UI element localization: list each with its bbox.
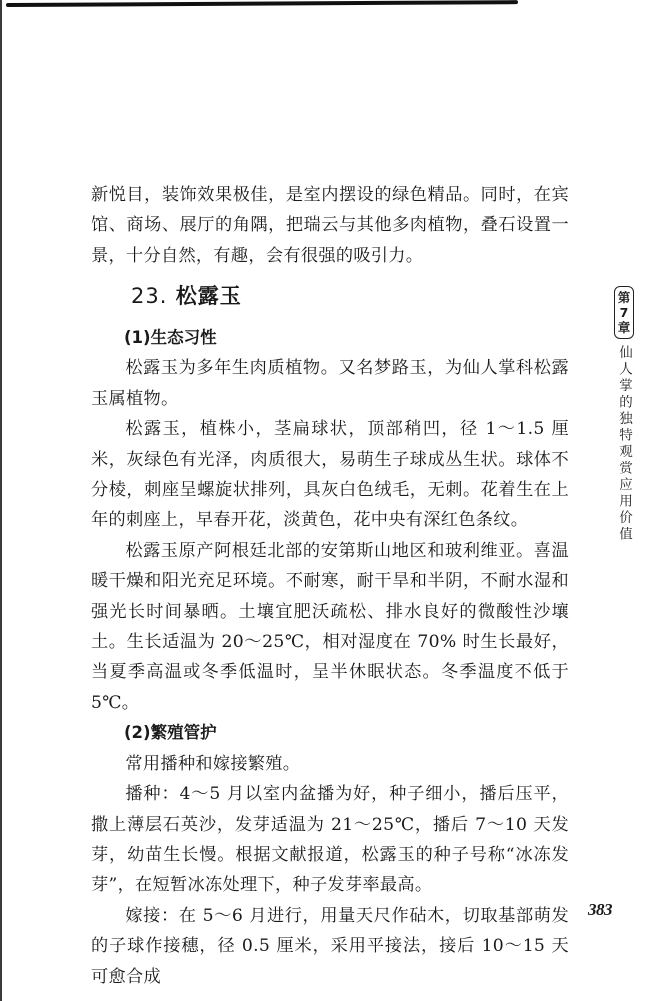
paragraph: 松露玉，植株小，茎扁球状，顶部稍凹，径 1～1.5 厘米，灰绿色有光泽，肉质很大… bbox=[91, 414, 569, 536]
paragraph: 常用播种和嫁接繁殖。 bbox=[91, 749, 569, 779]
paragraph: 嫁接：在 5～6 月进行，用量天尺作砧木，切取基部萌发的子球作接穗，径 0.5 … bbox=[91, 901, 569, 992]
section-title: 松露玉 bbox=[176, 284, 242, 308]
subsection-heading-ecology: (1)生态习性 bbox=[91, 323, 569, 353]
section-body: (1)生态习性 松露玉为多年生肉质植物。又名梦路玉，为仙人掌科松露玉属植物。 松… bbox=[91, 323, 569, 992]
chapter-running-title: 仙人掌的独特观赏应用价值 bbox=[616, 345, 632, 543]
chapter-tab: 第 7 章 bbox=[614, 286, 634, 339]
page-number: 383 bbox=[588, 900, 612, 920]
chapter-tab-prefix: 第 bbox=[616, 290, 632, 305]
paragraph: 播种：4～5 月以室内盆播为好，种子细小，播后压平，撒上薄层石英沙，发芽适温为 … bbox=[91, 779, 569, 901]
subsection-heading-propagation: (2)繁殖管护 bbox=[91, 718, 569, 748]
chapter-tab-suffix: 章 bbox=[616, 320, 632, 335]
section-heading: 23. 松露玉 bbox=[131, 280, 242, 310]
paragraph: 松露玉为多年生肉质植物。又名梦路玉，为仙人掌科松露玉属植物。 bbox=[91, 353, 569, 414]
header-rule bbox=[6, 0, 518, 7]
page-body: 新悦目，装饰效果极佳，是室内摆设的绿色精品。同时，在宾馆、商场、展厅的角隅，把瑞… bbox=[91, 180, 569, 271]
paragraph: 松露玉原产阿根廷北部的安第斯山地区和玻利维亚。喜温暖干燥和阳光充足环境。不耐寒，… bbox=[91, 536, 569, 718]
chapter-tab-number: 7 bbox=[616, 305, 632, 320]
intro-paragraph: 新悦目，装饰效果极佳，是室内摆设的绿色精品。同时，在宾馆、商场、展厅的角隅，把瑞… bbox=[91, 180, 569, 271]
section-number: 23. bbox=[131, 284, 167, 308]
scan-left-edge bbox=[0, 0, 2, 1001]
